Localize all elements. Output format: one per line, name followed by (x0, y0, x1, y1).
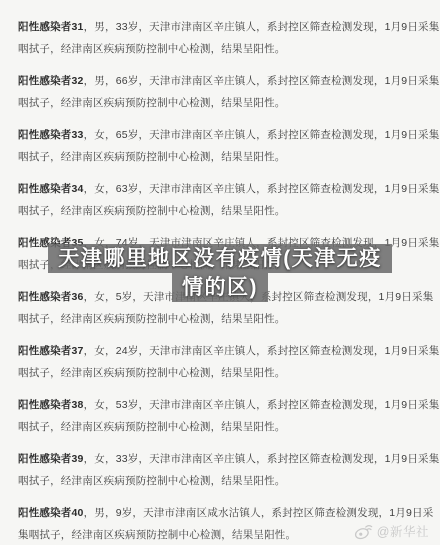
case-prefix: 阳性感染者36 (18, 291, 84, 303)
case-list: 阳性感染者31，男，33岁，天津市津南区辛庄镇人，系封控区筛查检测发现，1月9日… (0, 0, 440, 545)
case-line-1: 阳性感染者34，女，63岁，天津市津南区辛庄镇人，系封控区筛查检测发现，1月9日… (18, 179, 423, 201)
case-text-line1: ，女，74岁，天津市津南区辛庄镇人，系封控区筛查检测发现，1月9日采集 (84, 237, 440, 249)
case-entry-33: 阳性感染者33，女，65岁，天津市津南区辛庄镇人，系封控区筛查检测发现，1月9日… (18, 125, 423, 168)
case-text-line2: 咽拭子，经津南区疾病预防控制中心检测，结果呈阳性。 (18, 147, 423, 169)
case-text-line2: 咽拭子，经津南区疾病预防控制中心检测，结果呈阳性。 (18, 39, 423, 61)
case-text-line1: ，女，53岁，天津市津南区辛庄镇人，系封控区筛查检测发现，1月9日采集 (84, 399, 440, 411)
case-text-line2: 咽拭子，经津南区疾病预防控制中心检测，结果呈阳性。 (18, 417, 423, 439)
weibo-watermark: @新华社 (354, 522, 429, 540)
case-prefix: 阳性感染者39 (18, 453, 84, 465)
case-entry-35: 阳性感染者35，女，74岁，天津市津南区辛庄镇人，系封控区筛查检测发现，1月9日… (18, 233, 423, 276)
case-line-1: 阳性感染者38，女，53岁，天津市津南区辛庄镇人，系封控区筛查检测发现，1月9日… (18, 395, 423, 417)
article-image: 阳性感染者31，男，33岁，天津市津南区辛庄镇人，系封控区筛查检测发现，1月9日… (0, 0, 440, 545)
case-text-line2: 咽拭子，经津南区疾病预防控制中心检测，结果呈阳性。 (18, 363, 423, 385)
case-entry-32: 阳性感染者32，男，66岁，天津市津南区辛庄镇人，系封控区筛查检测发现，1月9日… (18, 71, 423, 114)
case-text-line1: ，男，33岁，天津市津南区辛庄镇人，系封控区筛查检测发现，1月9日采集 (84, 21, 440, 33)
case-entry-37: 阳性感染者37，女，24岁，天津市津南区辛庄镇人，系封控区筛查检测发现，1月9日… (18, 341, 423, 384)
case-entry-39: 阳性感染者39，女，33岁，天津市津南区辛庄镇人，系封控区筛查检测发现，1月9日… (18, 449, 423, 492)
case-text-line1: ，男，66岁，天津市津南区辛庄镇人，系封控区筛查检测发现，1月9日采集 (84, 75, 440, 87)
weibo-icon (353, 522, 374, 540)
case-line-1: 阳性感染者31，男，33岁，天津市津南区辛庄镇人，系封控区筛查检测发现，1月9日… (18, 17, 423, 39)
case-line-1: 阳性感染者35，女，74岁，天津市津南区辛庄镇人，系封控区筛查检测发现，1月9日… (18, 233, 423, 255)
case-text-line2: 咽拭子，经津南区疾病预防控制中心检测，结果呈阳性。 (18, 309, 423, 331)
case-prefix: 阳性感染者34 (18, 183, 84, 195)
case-prefix: 阳性感染者37 (18, 345, 84, 357)
case-prefix: 阳性感染者33 (18, 129, 84, 141)
case-text-line1: ，女，5岁，天津市津南区辛庄镇人，系封控区筛查检测发现，1月9日采集 (84, 291, 434, 303)
case-line-1: 阳性感染者32，男，66岁，天津市津南区辛庄镇人，系封控区筛查检测发现，1月9日… (18, 71, 423, 93)
case-line-1: 阳性感染者36，女，5岁，天津市津南区辛庄镇人，系封控区筛查检测发现，1月9日采… (18, 287, 423, 309)
case-prefix: 阳性感染者32 (18, 75, 84, 87)
case-text-line2: 咽拭子，经津南区疾病预防控制中心检测，结果呈阳性。 (18, 471, 423, 493)
case-line-1: 阳性感染者37，女，24岁，天津市津南区辛庄镇人，系封控区筛查检测发现，1月9日… (18, 341, 423, 363)
case-line-1: 阳性感染者33，女，65岁，天津市津南区辛庄镇人，系封控区筛查检测发现，1月9日… (18, 125, 423, 147)
case-text-line1: ，女，63岁，天津市津南区辛庄镇人，系封控区筛查检测发现，1月9日采集 (84, 183, 440, 195)
watermark-handle: @新华社 (377, 522, 429, 540)
case-text-line2: 咽拭子，经津南区疾病预防控制中心检测，结果呈阳性。 (18, 255, 423, 277)
case-entry-31: 阳性感染者31，男，33岁，天津市津南区辛庄镇人，系封控区筛查检测发现，1月9日… (18, 17, 423, 60)
case-text-line1: ，女，33岁，天津市津南区辛庄镇人，系封控区筛查检测发现，1月9日采集 (84, 453, 440, 465)
case-text-line1: ，男，9岁，天津市津南区咸水沽镇人，系封控区筛查检测发现，1月9日采 (84, 507, 434, 519)
case-text-line1: ，女，65岁，天津市津南区辛庄镇人，系封控区筛查检测发现，1月9日采集 (84, 129, 440, 141)
case-entry-38: 阳性感染者38，女，53岁，天津市津南区辛庄镇人，系封控区筛查检测发现，1月9日… (18, 395, 423, 438)
case-prefix: 阳性感染者38 (18, 399, 84, 411)
case-prefix: 阳性感染者31 (18, 21, 84, 33)
case-text-line1: ，女，24岁，天津市津南区辛庄镇人，系封控区筛查检测发现，1月9日采集 (84, 345, 440, 357)
case-prefix: 阳性感染者40 (18, 507, 84, 519)
case-prefix: 阳性感染者35 (18, 237, 84, 249)
case-line-1: 阳性感染者39，女，33岁，天津市津南区辛庄镇人，系封控区筛查检测发现，1月9日… (18, 449, 423, 471)
case-entry-36: 阳性感染者36，女，5岁，天津市津南区辛庄镇人，系封控区筛查检测发现，1月9日采… (18, 287, 423, 330)
case-text-line2: 咽拭子，经津南区疾病预防控制中心检测，结果呈阳性。 (18, 93, 423, 115)
case-entry-34: 阳性感染者34，女，63岁，天津市津南区辛庄镇人，系封控区筛查检测发现，1月9日… (18, 179, 423, 222)
case-text-line2: 咽拭子，经津南区疾病预防控制中心检测，结果呈阳性。 (18, 201, 423, 223)
